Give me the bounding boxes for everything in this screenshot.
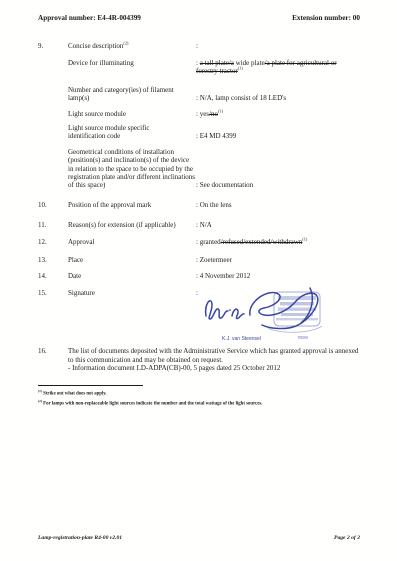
document-page: Approval number: E4-4R-004399 Extension … bbox=[0, 0, 397, 561]
struck-option: /refused/extended/withdrawn bbox=[221, 238, 303, 246]
field-label: Number and category(ies) of filament lam… bbox=[68, 86, 196, 102]
item-number: 16. bbox=[38, 347, 68, 372]
field-label: Light source module bbox=[68, 110, 196, 118]
field-label: Concise description(2) bbox=[68, 42, 196, 50]
field-label: Reason(s) for extension (if applicable) bbox=[68, 221, 196, 229]
document-list-text: The list of documents deposited with the… bbox=[68, 347, 360, 372]
field-label: Date bbox=[68, 272, 196, 280]
kept-option: : yes bbox=[196, 110, 209, 118]
footnote-rule bbox=[38, 385, 143, 386]
field-label: Approval bbox=[68, 238, 196, 246]
attachment-line: - Information document LD-ADPA(CB)-00, 5… bbox=[68, 364, 360, 372]
footnote-1: (1) Strike out what does not apply. bbox=[38, 388, 360, 398]
field-value: : a tall plate/a wide plate/a plate for … bbox=[196, 59, 360, 75]
kept-option: : granted bbox=[196, 238, 221, 246]
document-footer: Lamp-registration-plate R4-00 v2.01 Page… bbox=[38, 535, 360, 541]
stamp-rdw-label: RDW bbox=[298, 335, 308, 340]
document-header: Approval number: E4-4R-004399 Extension … bbox=[38, 14, 360, 23]
field-label: Position of the approval mark bbox=[68, 201, 196, 209]
row-geometrical-conditions: Geometrical conditions of installation (… bbox=[38, 148, 360, 189]
field-value: : 4 November 2012 bbox=[196, 272, 360, 280]
footer-document-id: Lamp-registration-plate R4-00 v2.01 bbox=[38, 535, 122, 541]
footer-page-number: Page 2 of 2 bbox=[334, 535, 360, 541]
row-approval: 12. Approval : granted/refused/extended/… bbox=[38, 238, 360, 246]
item-number: 12. bbox=[38, 238, 68, 246]
field-value: : bbox=[196, 42, 360, 50]
field-value: : Zoetermeer bbox=[196, 256, 360, 264]
field-value: : N/A, lamp consist of 18 LED's bbox=[196, 94, 360, 102]
signature-stamp: K.J. van Steensel RDW bbox=[198, 284, 338, 346]
footnote-ref: (1) bbox=[302, 236, 307, 241]
footnote-2: (2) For lamps with non-replaceable light… bbox=[38, 398, 360, 408]
field-label: Geometrical conditions of installation (… bbox=[68, 148, 196, 189]
signer-name: K.J. van Steensel bbox=[222, 336, 261, 342]
row-extension-reason: 11. Reason(s) for extension (if applicab… bbox=[38, 221, 360, 229]
row-document-list: 16. The list of documents deposited with… bbox=[38, 347, 360, 372]
row-module-identification-code: Light source module specific identificat… bbox=[38, 124, 360, 140]
field-value: : granted/refused/extended/withdrawn(1) bbox=[196, 238, 360, 246]
field-label: Light source module specific identificat… bbox=[68, 124, 196, 140]
field-label: Place bbox=[68, 256, 196, 264]
item-number: 13. bbox=[38, 256, 68, 264]
row-concise-description: 9. Concise description(2) : bbox=[38, 42, 360, 50]
field-label: Device for illuminating bbox=[68, 59, 196, 75]
row-device-for-illuminating: Device for illuminating : a tall plate/a… bbox=[38, 59, 360, 75]
footnote-ref: (1) bbox=[218, 108, 223, 113]
field-value: : On the lens bbox=[196, 201, 360, 209]
struck-option: a tall plate/a bbox=[200, 59, 234, 67]
field-label: Signature bbox=[68, 289, 196, 297]
row-place: 13. Place : Zoetermeer bbox=[38, 256, 360, 264]
field-value: : E4 MD 4399 bbox=[196, 132, 360, 140]
footnotes: (1) Strike out what does not apply. (2) … bbox=[38, 385, 360, 408]
extension-number: Extension number: 00 bbox=[292, 14, 360, 23]
footnote-ref: (1) bbox=[238, 66, 243, 71]
field-value: : See documentation bbox=[196, 181, 360, 189]
item-number: 15. bbox=[38, 289, 68, 297]
row-filament-lamps: Number and category(ies) of filament lam… bbox=[38, 86, 360, 102]
item-number: 9. bbox=[38, 42, 68, 50]
row-approval-mark-position: 10. Position of the approval mark : On t… bbox=[38, 201, 360, 209]
field-value: : yes/no(1) bbox=[196, 110, 360, 118]
row-date: 14. Date : 4 November 2012 bbox=[38, 272, 360, 280]
approval-number: Approval number: E4-4R-004399 bbox=[38, 14, 141, 23]
item-number: 11. bbox=[38, 221, 68, 229]
item-number: 10. bbox=[38, 201, 68, 209]
footnote-ref: (2) bbox=[123, 40, 128, 45]
struck-option: /no bbox=[209, 110, 218, 118]
row-light-source-module: Light source module : yes/no(1) bbox=[38, 110, 360, 118]
field-value: : N/A bbox=[196, 221, 360, 229]
item-number: 14. bbox=[38, 272, 68, 280]
